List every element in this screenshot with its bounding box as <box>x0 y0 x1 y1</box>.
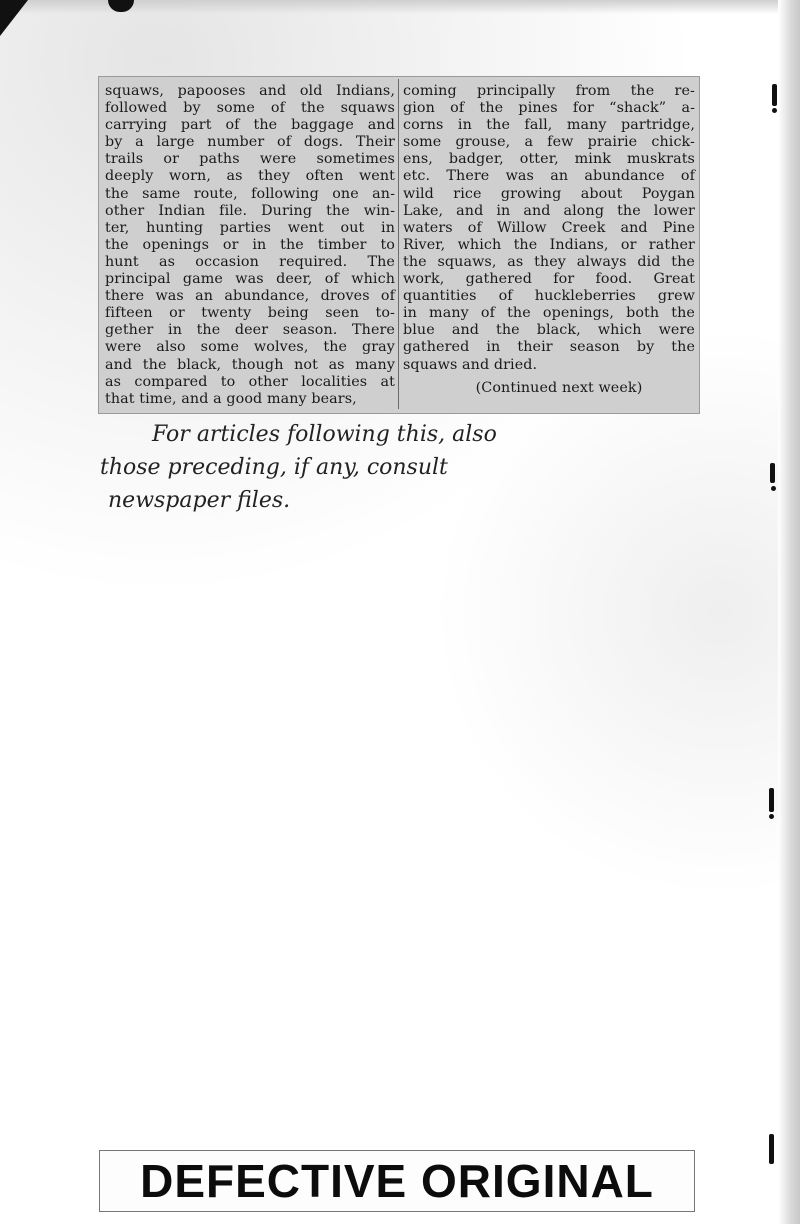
column-divider <box>398 79 399 409</box>
text-line: etc. There was an abundance of <box>403 168 695 185</box>
text-line: as compared to other localities at <box>105 374 395 391</box>
text-line: carrying part of the baggage and <box>105 117 395 134</box>
binding-dot-2 <box>771 486 776 491</box>
text-line: trails or paths were sometimes <box>105 151 395 168</box>
text-line: some grouse, a few prairie chick- <box>403 134 695 151</box>
text-line: gathered in their season by the <box>403 339 695 356</box>
continued-note: (Continued next week) <box>403 380 695 397</box>
text-line: corns in the fall, many partridge, <box>403 117 695 134</box>
text-line: the openings or in the timber to <box>105 237 395 254</box>
text-line: Lake, and in and along the lower <box>403 203 695 220</box>
text-line: ter, hunting parties went out in <box>105 220 395 237</box>
text-line: River, which the Indians, or rather <box>403 237 695 254</box>
binding-dot-3 <box>769 814 774 819</box>
text-line: blue and the black, which were <box>403 322 695 339</box>
text-line: deeply worn, as they often went <box>105 168 395 185</box>
text-line: ens, badger, otter, mink muskrats <box>403 151 695 168</box>
text-line: there was an abundance, droves of <box>105 288 395 305</box>
text-line: wild rice growing about Poygan <box>403 186 695 203</box>
text-line: hunt as occasion required. The <box>105 254 395 271</box>
handwritten-line: newspaper files. <box>100 484 680 517</box>
text-line: followed by some of the squaws <box>105 100 395 117</box>
text-line: squaws and dried. <box>403 357 695 374</box>
text-line: that time, and a good many bears, <box>105 391 395 408</box>
defective-original-stamp: DEFECTIVE ORIGINAL <box>99 1150 695 1212</box>
scan-right-edge <box>778 0 800 1224</box>
binding-mark-1 <box>772 84 777 106</box>
text-line: in many of the openings, both the <box>403 305 695 322</box>
text-line: waters of Willow Creek and Pine <box>403 220 695 237</box>
binding-mark-2 <box>770 463 775 483</box>
text-line: the squaws, as they always did the <box>403 254 695 271</box>
handwritten-note: For articles following this, alsothose p… <box>100 418 680 517</box>
text-line: fifteen or twenty being seen to- <box>105 305 395 322</box>
clipping-left-column: squaws, papooses and old Indians,followe… <box>105 83 395 408</box>
text-line: the same route, following one an- <box>105 186 395 203</box>
torn-corner <box>0 0 28 36</box>
binding-mark-3 <box>769 788 774 812</box>
text-line: quantities of huckleberries grew <box>403 288 695 305</box>
text-line: were also some wolves, the gray <box>105 339 395 356</box>
text-line: by a large number of dogs. Their <box>105 134 395 151</box>
text-line: gion of the pines for “shack” a- <box>403 100 695 117</box>
binding-mark-4 <box>769 1134 774 1164</box>
newspaper-clipping: squaws, papooses and old Indians,followe… <box>98 76 700 414</box>
handwritten-line: those preceding, if any, consult <box>100 451 680 484</box>
binding-dot-1 <box>772 108 777 113</box>
text-line: squaws, papooses and old Indians, <box>105 83 395 100</box>
text-line: principal game was deer, of which <box>105 271 395 288</box>
text-line: gether in the deer season. There <box>105 322 395 339</box>
text-line: coming principally from the re- <box>403 83 695 100</box>
clipping-right-column: coming principally from the re-gion of t… <box>403 83 695 397</box>
text-line: other Indian file. During the win- <box>105 203 395 220</box>
handwritten-line: For articles following this, also <box>100 418 680 451</box>
text-line: work, gathered for food. Great <box>403 271 695 288</box>
text-line: and the black, though not as many <box>105 357 395 374</box>
